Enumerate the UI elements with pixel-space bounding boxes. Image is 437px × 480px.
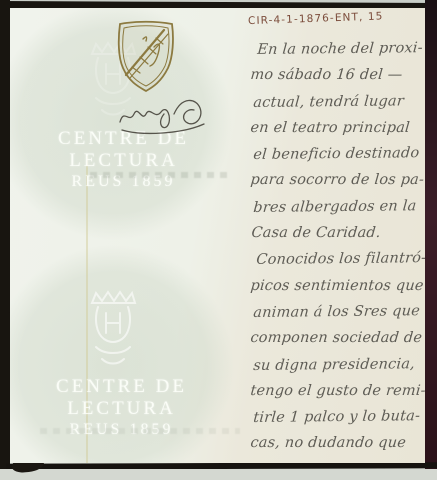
faint-pencil-smudge [90, 172, 230, 178]
letter-line: picos sentimientos que [249, 278, 425, 304]
letter-line: Casa de Caridad. [250, 225, 425, 251]
scan-border-right [425, 0, 437, 480]
letter-page: CENTRE DE LECTURA REUS 1859 CENTRE DE LE… [10, 8, 425, 463]
archive-reference-annotation: CIR-4-1-1876-ENT, 15 [248, 9, 425, 27]
paper-fold-crease [86, 156, 88, 463]
letter-line: tengo el gusto de remi- [249, 383, 425, 409]
letter-line: En la noche del proxi- [256, 40, 425, 68]
letter-line: su digna presidencia, [252, 356, 425, 384]
letter-line: en el teatro principal [249, 120, 425, 146]
letter-line: cas, no dudando que [249, 435, 425, 461]
letter-body: En la noche del proxi- mo sábado 16 del … [250, 41, 425, 462]
handwritten-signature [112, 80, 212, 138]
letter-line: para socorro de los pa- [249, 172, 425, 198]
letter-line: Conocidos los filantró- [255, 250, 425, 278]
letter-line: componen sociedad de [249, 330, 425, 356]
letter-line: tirle 1 palco y lo buta- [252, 408, 425, 436]
letter-line: mo sábado 16 del — [249, 67, 425, 93]
letter-line: animan á los Sres que [252, 303, 425, 331]
letter-line: el beneficio destinado [252, 145, 425, 173]
letter-line: bres albergados en la [252, 198, 425, 226]
scanner-bottom-strip [0, 469, 437, 480]
scanned-letter-document: CENTRE DE LECTURA REUS 1859 CENTRE DE LE… [0, 0, 437, 480]
faint-pencil-smudge [40, 428, 240, 434]
letter-line: actual, tendrá lugar [252, 93, 425, 121]
